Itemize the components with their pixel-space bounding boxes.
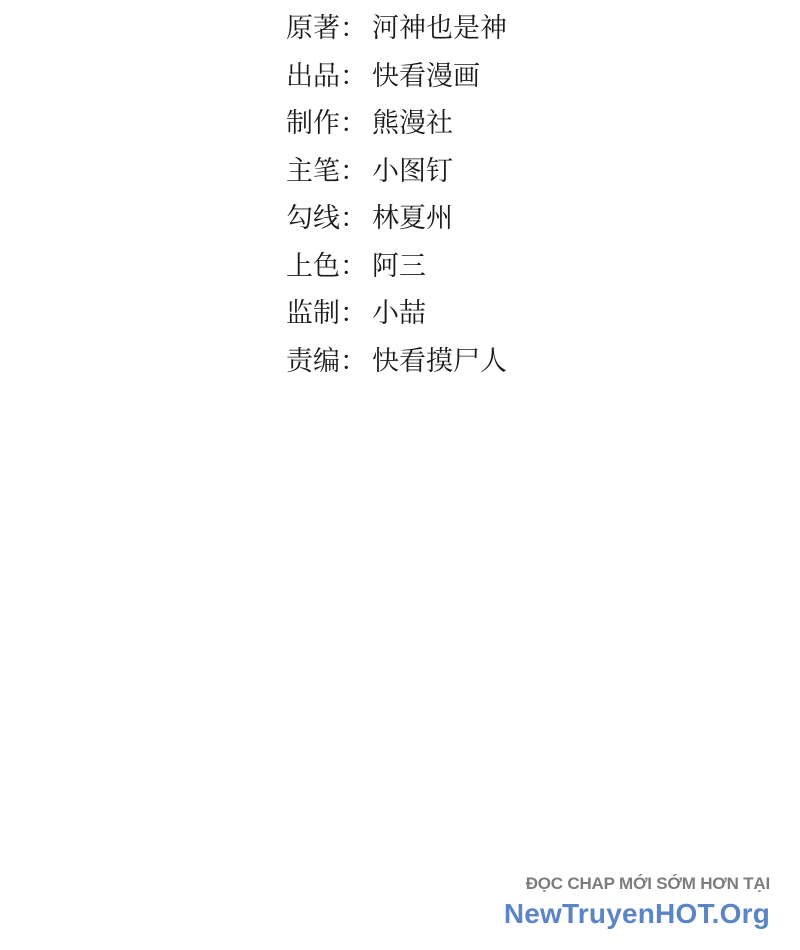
credit-name: 熊漫社: [372, 103, 453, 151]
site-watermark: ĐỌC CHAP MỚI SỚM HƠN TẠI NewTruyenHOT.Or…: [504, 872, 770, 932]
credit-separator: ：: [340, 151, 372, 199]
credit-separator: ：: [340, 198, 372, 246]
credit-name: 阿三: [372, 246, 426, 294]
credit-row-original-author: 原著：河神也是神: [286, 8, 507, 56]
credit-row-line-art: 勾线：林夏州: [286, 198, 507, 246]
credit-role: 上色: [286, 246, 340, 294]
credit-name: 小喆: [372, 293, 426, 341]
credit-row-editor: 责编：快看摸尸人: [286, 341, 507, 389]
credit-row-lead-artist: 主笔：小图钉: [286, 151, 507, 199]
credit-name: 林夏州: [372, 198, 453, 246]
credit-row-coloring: 上色：阿三: [286, 246, 507, 294]
credit-separator: ：: [340, 341, 372, 389]
credit-separator: ：: [340, 246, 372, 294]
credit-name: 小图钉: [372, 151, 453, 199]
credit-name: 河神也是神: [372, 8, 507, 56]
credit-separator: ：: [340, 56, 372, 104]
credits-list: 原著：河神也是神 出品：快看漫画 制作：熊漫社 主笔：小图钉 勾线：林夏州 上色…: [286, 8, 507, 388]
credit-role: 勾线: [286, 198, 340, 246]
watermark-site-link[interactable]: NewTruyenHOT.Org: [504, 896, 770, 932]
credit-role: 主笔: [286, 151, 340, 199]
credit-role: 监制: [286, 293, 340, 341]
credit-role: 出品: [286, 56, 340, 104]
credit-row-producer: 制作：熊漫社: [286, 103, 507, 151]
credit-role: 原著: [286, 8, 340, 56]
credit-role: 责编: [286, 341, 340, 389]
credit-separator: ：: [340, 103, 372, 151]
credit-name: 快看漫画: [372, 56, 480, 104]
credit-separator: ：: [340, 293, 372, 341]
credit-row-publisher: 出品：快看漫画: [286, 56, 507, 104]
credit-role: 制作: [286, 103, 340, 151]
credit-row-supervisor: 监制：小喆: [286, 293, 507, 341]
credit-separator: ：: [340, 8, 372, 56]
credit-name: 快看摸尸人: [372, 341, 507, 389]
watermark-tagline: ĐỌC CHAP MỚI SỚM HƠN TẠI: [504, 872, 770, 896]
